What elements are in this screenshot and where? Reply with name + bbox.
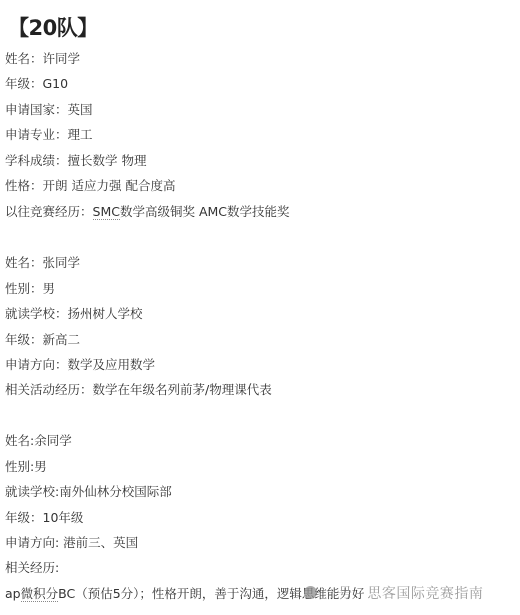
student2-school: 就读学校：扬州树人学校 [5,306,143,322]
student3-name: 姓名:余同学 [5,433,72,449]
student1-major: 申请专业：理工 [5,127,93,143]
student1-personality: 性格：开朗 适应力强 配合度高 [5,178,175,194]
ap-prefix: ap [5,586,21,601]
student1-competitions: 以往竞赛经历：SMC数学高级铜奖 AMC数学技能奖 [5,204,290,220]
watermark-avatar-icon [304,586,317,599]
competitions-value: 数学高级铜奖 AMC数学技能奖 [120,204,290,219]
student3-gender: 性别:男 [5,459,47,475]
experience-value: BC（预估5分）；性格开朗，善于沟通，逻辑思维能力好 [58,586,364,601]
student3-experience-label: 相关经历: [5,560,59,576]
smc-term: SMC [93,204,120,220]
student1-country: 申请国家：英国 [5,102,93,118]
student3-grade: 年级：10年级 [5,510,83,526]
student2-activities: 相关活动经历：数学在年级名列前茅/物理课代表 [5,382,272,398]
student1-grade: 年级：G10 [5,76,68,92]
student3-school: 就读学校:南外仙林分校国际部 [5,484,172,500]
student2-name: 姓名：张同学 [5,255,80,271]
watermark: 号 · 思客国际竞赛指南 [338,583,483,603]
student1-subjects: 学科成绩：擅长数学 物理 [5,153,146,169]
calculus-term: 微积分 [21,586,59,602]
student3-direction: 申请方向: 港前三、英国 [5,535,138,551]
student2-direction: 申请方向：数学及应用数学 [5,357,155,373]
student2-grade: 年级：新高二 [5,332,80,348]
student1-name: 姓名：许同学 [5,51,80,67]
team-title: 【20队】 [8,12,98,42]
student2-gender: 性别：男 [5,281,55,297]
competitions-label: 以往竞赛经历： [5,204,93,219]
